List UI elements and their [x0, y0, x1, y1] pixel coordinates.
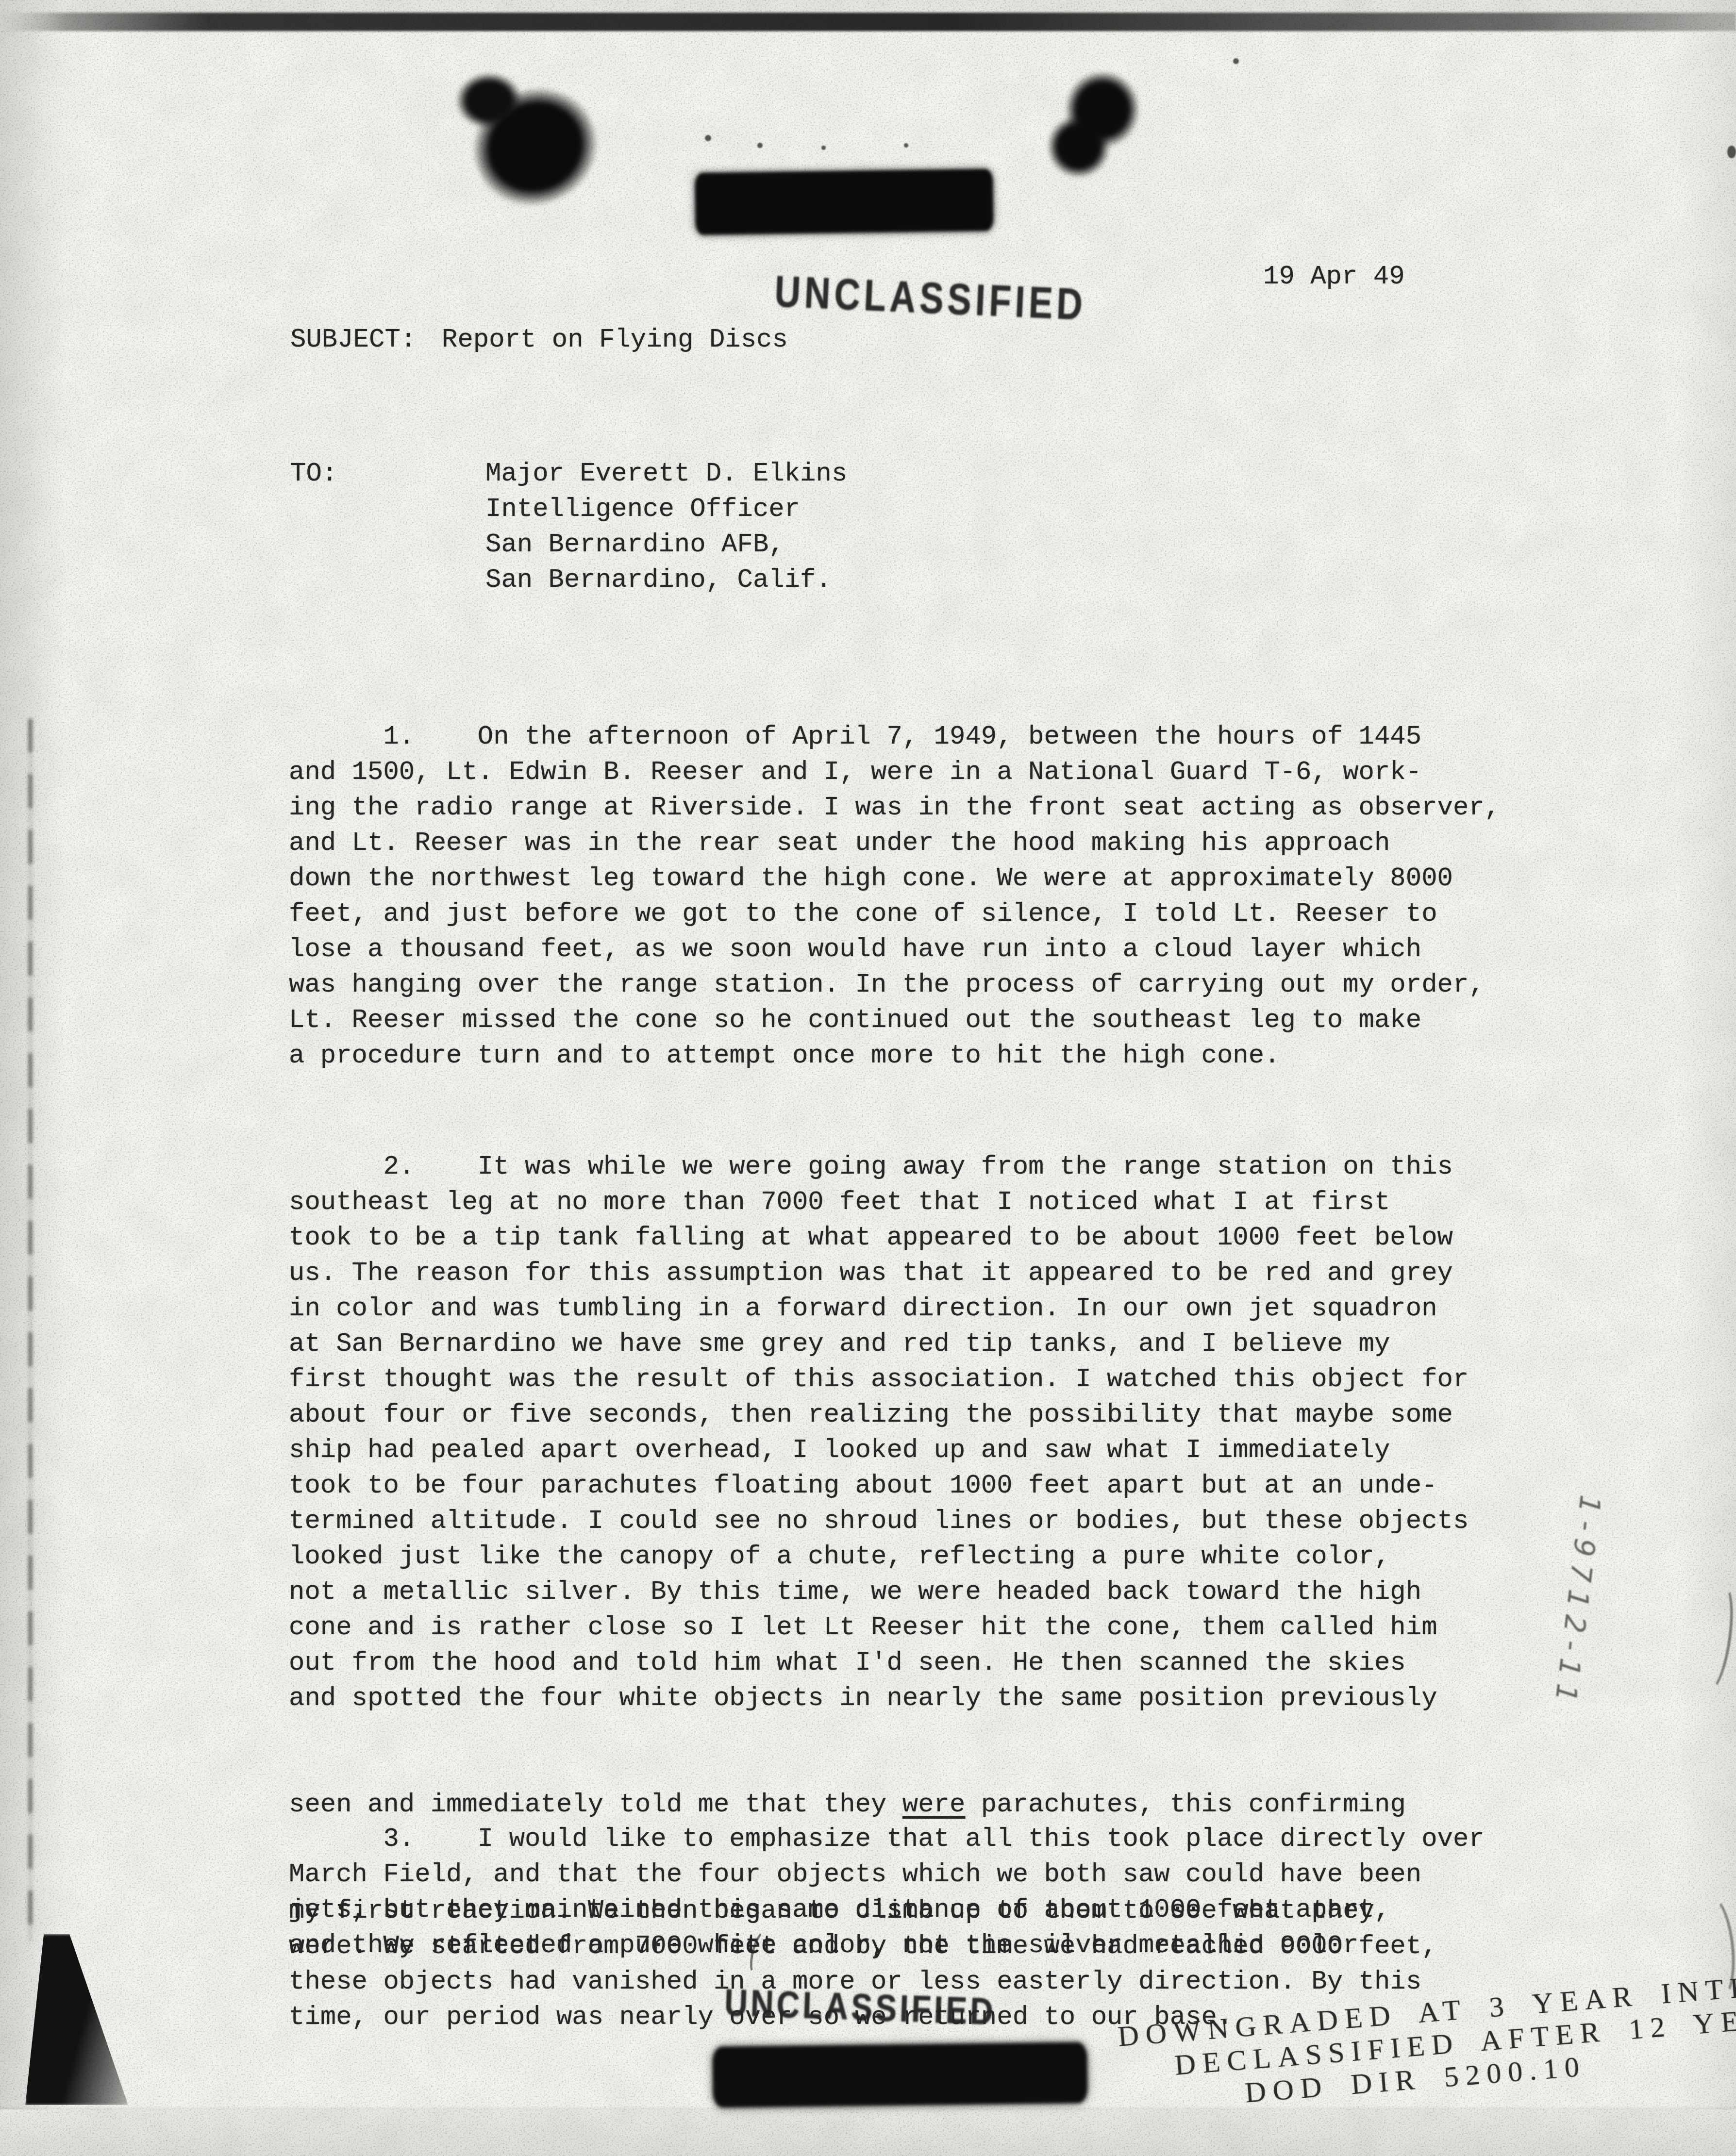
typed-line: and they reflected a pure white color, n…	[289, 1928, 1485, 1963]
typed-line: termined altitude. I could see no shroud…	[289, 1504, 1469, 1539]
typed-line: lose a thousand feet, as we soon would h…	[289, 932, 1500, 967]
top-scan-streak	[0, 13, 1736, 31]
typed-line: us. The reason for this assumption was t…	[289, 1256, 1469, 1291]
typed-line: ship had pealed apart overhead, I looked…	[289, 1433, 1469, 1468]
paragraph-2-part-a: 2. It was while we were going away from …	[289, 1149, 1469, 1716]
ink-speck	[1233, 58, 1239, 64]
typed-line: looked just like the canopy of a chute, …	[289, 1539, 1469, 1575]
subject-text: Report on Flying Discs	[442, 322, 788, 358]
typed-line: took to be a tip tank falling at what ap…	[289, 1220, 1469, 1256]
ink-blot	[1048, 116, 1110, 178]
document-date: 19 Apr 49	[1263, 259, 1405, 295]
bottom-scan-band	[0, 2109, 1736, 2156]
address-line: San Bernardino AFB,	[485, 527, 847, 563]
scanned-document-page: UNCLASSIFIED UNCLASSIFIED DOWNGRADED AT …	[0, 0, 1736, 2156]
unclassified-stamp-top: UNCLASSIFIED	[773, 266, 1087, 330]
typed-line: Lt. Reeser missed the cone so he continu…	[289, 1003, 1500, 1038]
typed-line: was hanging over the range station. In t…	[289, 967, 1500, 1003]
subject-line: SUBJECT: Report on Flying Discs	[290, 322, 788, 358]
address-line: San Bernardino, Calif.	[485, 563, 847, 598]
underline-pre: seen and immediately told me that they	[289, 1790, 902, 1820]
typed-line: first thought was the result of this ass…	[289, 1362, 1469, 1397]
typed-line: and Lt. Reeser was in the rear seat unde…	[289, 826, 1500, 861]
typed-line: in color and was tumbling in a forward d…	[289, 1291, 1469, 1327]
typed-line: 2. It was while we were going away from …	[289, 1149, 1469, 1185]
right-scan-edge	[1678, 0, 1736, 2156]
typed-line: at San Bernardino we have sme grey and r…	[289, 1327, 1469, 1362]
underlined-word: were	[902, 1790, 966, 1820]
ink-speck	[757, 143, 763, 148]
typed-line: 1. On the afternoon of April 7, 1949, be…	[289, 719, 1500, 755]
typed-line: down the northwest leg toward the high c…	[289, 861, 1500, 896]
ink-speck	[1727, 146, 1736, 158]
left-scan-edge	[0, 0, 73, 2156]
typed-line: took to be four parachutes floating abou…	[289, 1468, 1469, 1504]
typed-line: these objects had vanished in a more or …	[289, 1964, 1469, 2000]
ink-blot	[456, 73, 522, 129]
typed-line: and 1500, Lt. Edwin B. Reeser and I, wer…	[289, 755, 1500, 790]
typed-line: cone and is rather close so I let Lt Ree…	[289, 1610, 1469, 1645]
underline-post: parachutes, this confirming	[965, 1790, 1405, 1820]
address-line: Major Everett D. Elkins	[485, 456, 847, 492]
subject-label: SUBJECT:	[290, 322, 442, 358]
paragraph-3: 3. I would like to emphasize that all th…	[289, 1822, 1485, 1963]
address-lines: Major Everett D. ElkinsIntelligence Offi…	[485, 456, 847, 598]
ink-speck	[904, 143, 908, 148]
typed-line: southeast leg at no more than 7000 feet …	[289, 1185, 1469, 1220]
addressee-block: TO: Major Everett D. ElkinsIntelligence …	[290, 456, 847, 598]
to-label: TO:	[290, 456, 485, 492]
typed-line: about four or five seconds, then realizi…	[289, 1397, 1469, 1433]
paragraph-1: 1. On the afternoon of April 7, 1949, be…	[289, 719, 1500, 1074]
typed-line: 3. I would like to emphasize that all th…	[289, 1822, 1485, 1857]
ink-speck	[821, 146, 826, 150]
typed-line: time, our period was nearly over so we r…	[289, 2000, 1469, 2035]
handwritten-margin-number: 1-9712-11	[1548, 1493, 1607, 1711]
typed-line: a procedure turn and to attempt once mor…	[289, 1038, 1500, 1074]
redaction-bar-top	[695, 169, 994, 235]
typed-line: ing the radio range at Riverside. I was …	[289, 790, 1500, 826]
typed-line: March Field, and that the four objects w…	[289, 1857, 1485, 1892]
ink-speck	[705, 135, 711, 141]
typed-line: feet, and just before we got to the cone…	[289, 896, 1500, 932]
typed-line: and spotted the four white objects in ne…	[289, 1681, 1469, 1716]
typed-line: not a metallic silver. By this time, we …	[289, 1575, 1469, 1610]
typed-line: out from the hood and told him what I'd …	[289, 1645, 1469, 1681]
typed-line: jets, but they maintained this same dist…	[289, 1892, 1485, 1928]
top-scan-band	[0, 0, 1736, 13]
typed-line-underlined: seen and immediately told me that they w…	[289, 1787, 1469, 1823]
left-edge-ink-streak	[28, 718, 33, 1941]
address-line: Intelligence Officer	[485, 492, 847, 527]
